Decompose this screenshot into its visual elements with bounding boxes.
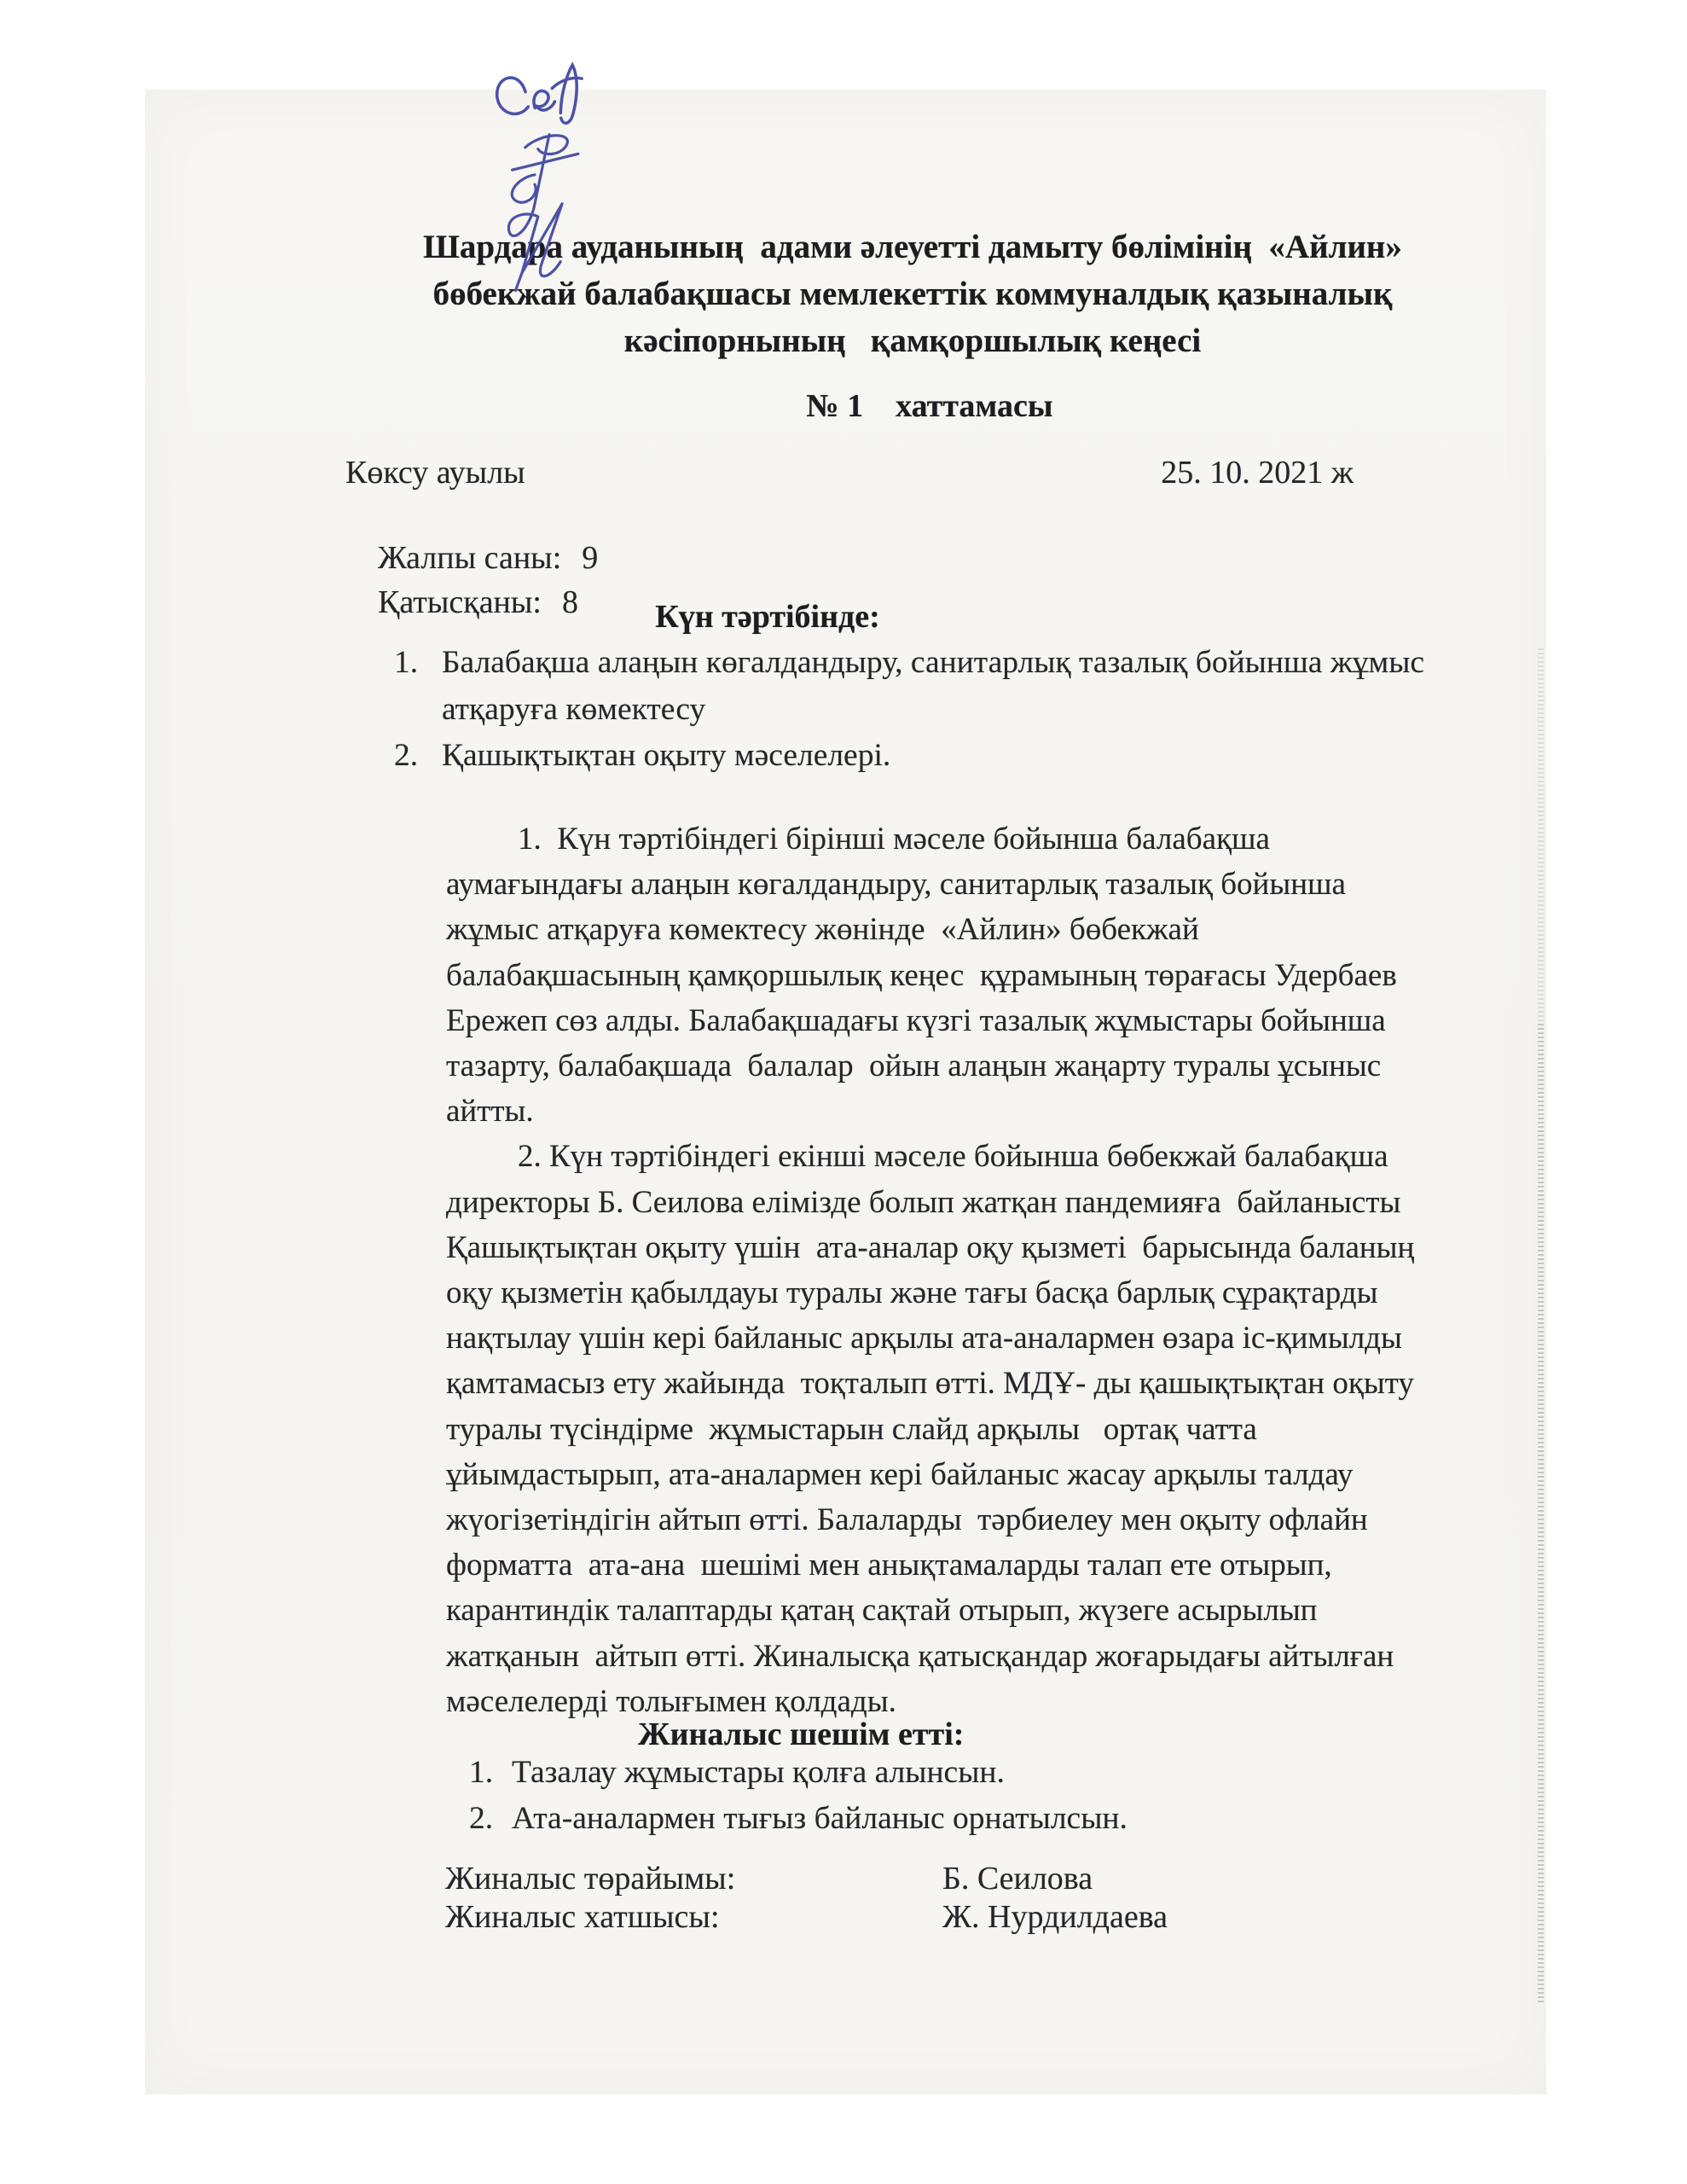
org-title: Шардара ауданының адами әлеуетті дамыту … xyxy=(281,224,1544,364)
total-count-value: 9 xyxy=(582,540,598,576)
agenda-item-number: 1. xyxy=(394,640,442,733)
scan-artifact-strip-top xyxy=(1538,648,1544,1024)
signature-name: Ж. Нурдилдаева xyxy=(942,1898,1168,1937)
signature-block: Жиналыс төрайымы: Б. Сеилова Жиналыс хат… xyxy=(445,1860,1452,1937)
agenda-item-number: 2. xyxy=(394,733,442,780)
agenda-item-text: Қашықтықтан оқыту мәселелері. xyxy=(442,733,890,780)
agenda-item: 2. Қашықтықтан оқыту мәселелері. xyxy=(394,733,1503,780)
minutes-body: 1. Күн тәртібіндегі бірінші мәселе бойын… xyxy=(446,816,1521,1724)
minutes-paragraph: 1. Күн тәртібіндегі бірінші мәселе бойын… xyxy=(446,816,1521,1134)
chairperson-signature-icon xyxy=(484,50,600,162)
date-label: 25. 10. 2021 ж xyxy=(1161,454,1354,491)
signature-name: Б. Сеилова xyxy=(942,1860,1093,1898)
resolution-item-number: 1. xyxy=(469,1750,512,1796)
signature-row: Жиналыс төрайымы: Б. Сеилова xyxy=(445,1860,1452,1898)
resolution-item: 2. Ата-аналармен тығыз байланыс орнатылс… xyxy=(469,1796,1535,1842)
signature-role-label: Жиналыс төрайымы: xyxy=(445,1861,735,1896)
scan-artifact-strip-bottom xyxy=(1538,1024,1544,2005)
resolution-item: 1. Тазалау жұмыстары қолға алынсын. xyxy=(469,1750,1535,1796)
agenda-heading: Күн тәртібінде: xyxy=(145,598,1390,636)
place-and-date-row: Көксу ауылы 25. 10. 2021 ж xyxy=(345,454,1354,491)
document-page: Шардара ауданының адами әлеуетті дамыту … xyxy=(145,90,1546,2094)
signature-row: Жиналыс хатшысы: Ж. Нурдилдаева xyxy=(445,1898,1452,1937)
agenda-item-text: Балабақша алаңын көгалдандыру, санитарлы… xyxy=(442,640,1424,733)
resolution-heading: Жиналыс шешім етті: xyxy=(638,1716,964,1753)
place-label: Көксу ауылы xyxy=(345,454,525,491)
resolution-item-number: 2. xyxy=(469,1796,512,1842)
signature-role-label: Жиналыс хатшысы: xyxy=(445,1899,720,1935)
resolution-list: 1. Тазалау жұмыстары қолға алынсын. 2. А… xyxy=(469,1750,1535,1842)
agenda-item: 1. Балабақша алаңын көгалдандыру, санита… xyxy=(394,640,1503,733)
resolution-item-text: Тазалау жұмыстары қолға алынсын. xyxy=(512,1750,1005,1796)
agenda-list: 1. Балабақша алаңын көгалдандыру, санита… xyxy=(394,640,1503,780)
protocol-number-title: № 1 хаттамасы xyxy=(281,387,1578,425)
resolution-item-text: Ата-аналармен тығыз байланыс орнатылсын. xyxy=(512,1796,1128,1842)
minutes-paragraph: 2. Күн тәртібіндегі екінші мәселе бойынш… xyxy=(446,1134,1521,1724)
